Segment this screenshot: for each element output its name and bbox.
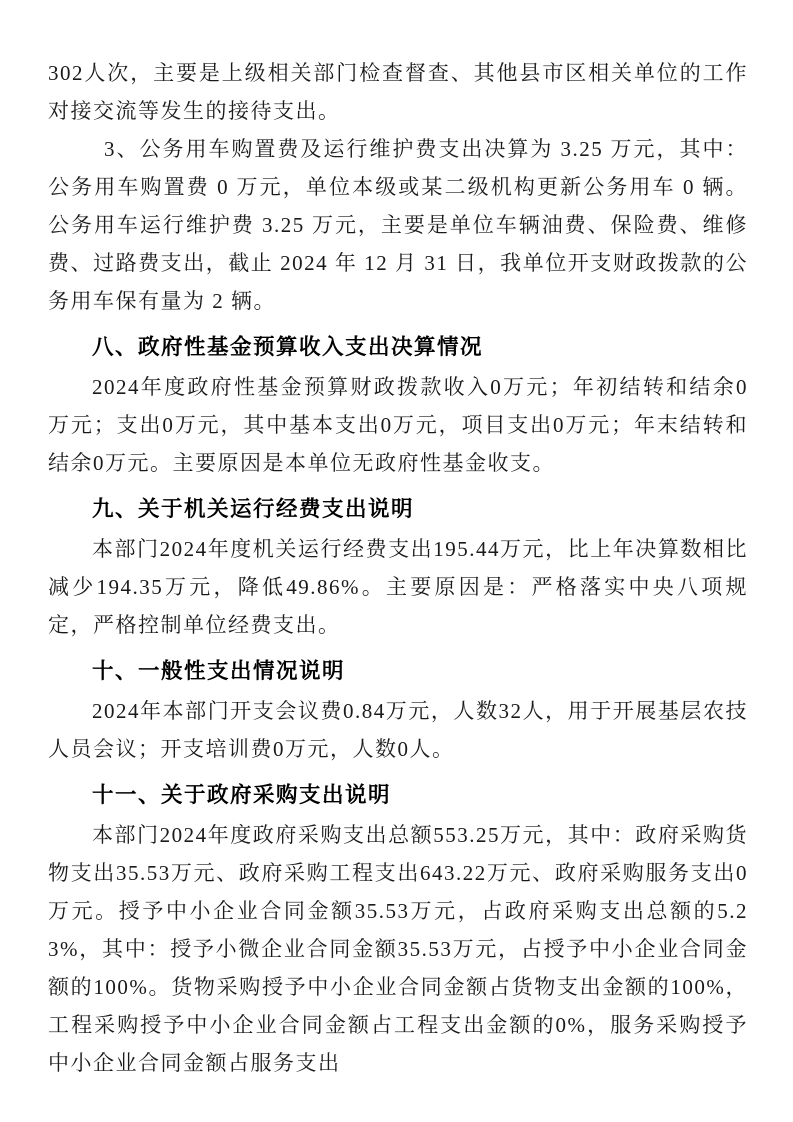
document-page: 302人次，主要是上级相关部门检查督查、其他县市区相关单位的工作对接交流等发生的… bbox=[0, 0, 793, 1122]
section-body-agency-operating-expense: 本部门2024年度机关运行经费支出195.44万元，比上年决算数相比减少194.… bbox=[48, 530, 748, 644]
section-heading-agency-operating-expense: 九、关于机关运行经费支出说明 bbox=[48, 490, 748, 528]
section-body-gov-procurement: 本部门2024年度政府采购支出总额553.25万元，其中：政府采购货物支出35.… bbox=[48, 816, 748, 1082]
section-heading-general-expense: 十、一般性支出情况说明 bbox=[48, 652, 748, 690]
section-heading-gov-procurement: 十一、关于政府采购支出说明 bbox=[48, 776, 748, 814]
section-heading-gov-fund-budget: 八、政府性基金预算收入支出决算情况 bbox=[48, 328, 748, 366]
section-body-general-expense: 2024年本部门开支会议费0.84万元，人数32人，用于开展基层农技人员会议；开… bbox=[48, 692, 748, 768]
section-body-gov-fund-budget: 2024年度政府性基金预算财政拨款收入0万元；年初结转和结余0万元；支出0万元，… bbox=[48, 368, 748, 482]
paragraph-official-vehicle-expense: 3、公务用车购置费及运行维护费支出决算为 3.25 万元，其中：公务用车购置费 … bbox=[48, 130, 748, 320]
carryover-paragraph-reception-expense: 302人次，主要是上级相关部门检查督查、其他县市区相关单位的工作对接交流等发生的… bbox=[48, 54, 748, 130]
